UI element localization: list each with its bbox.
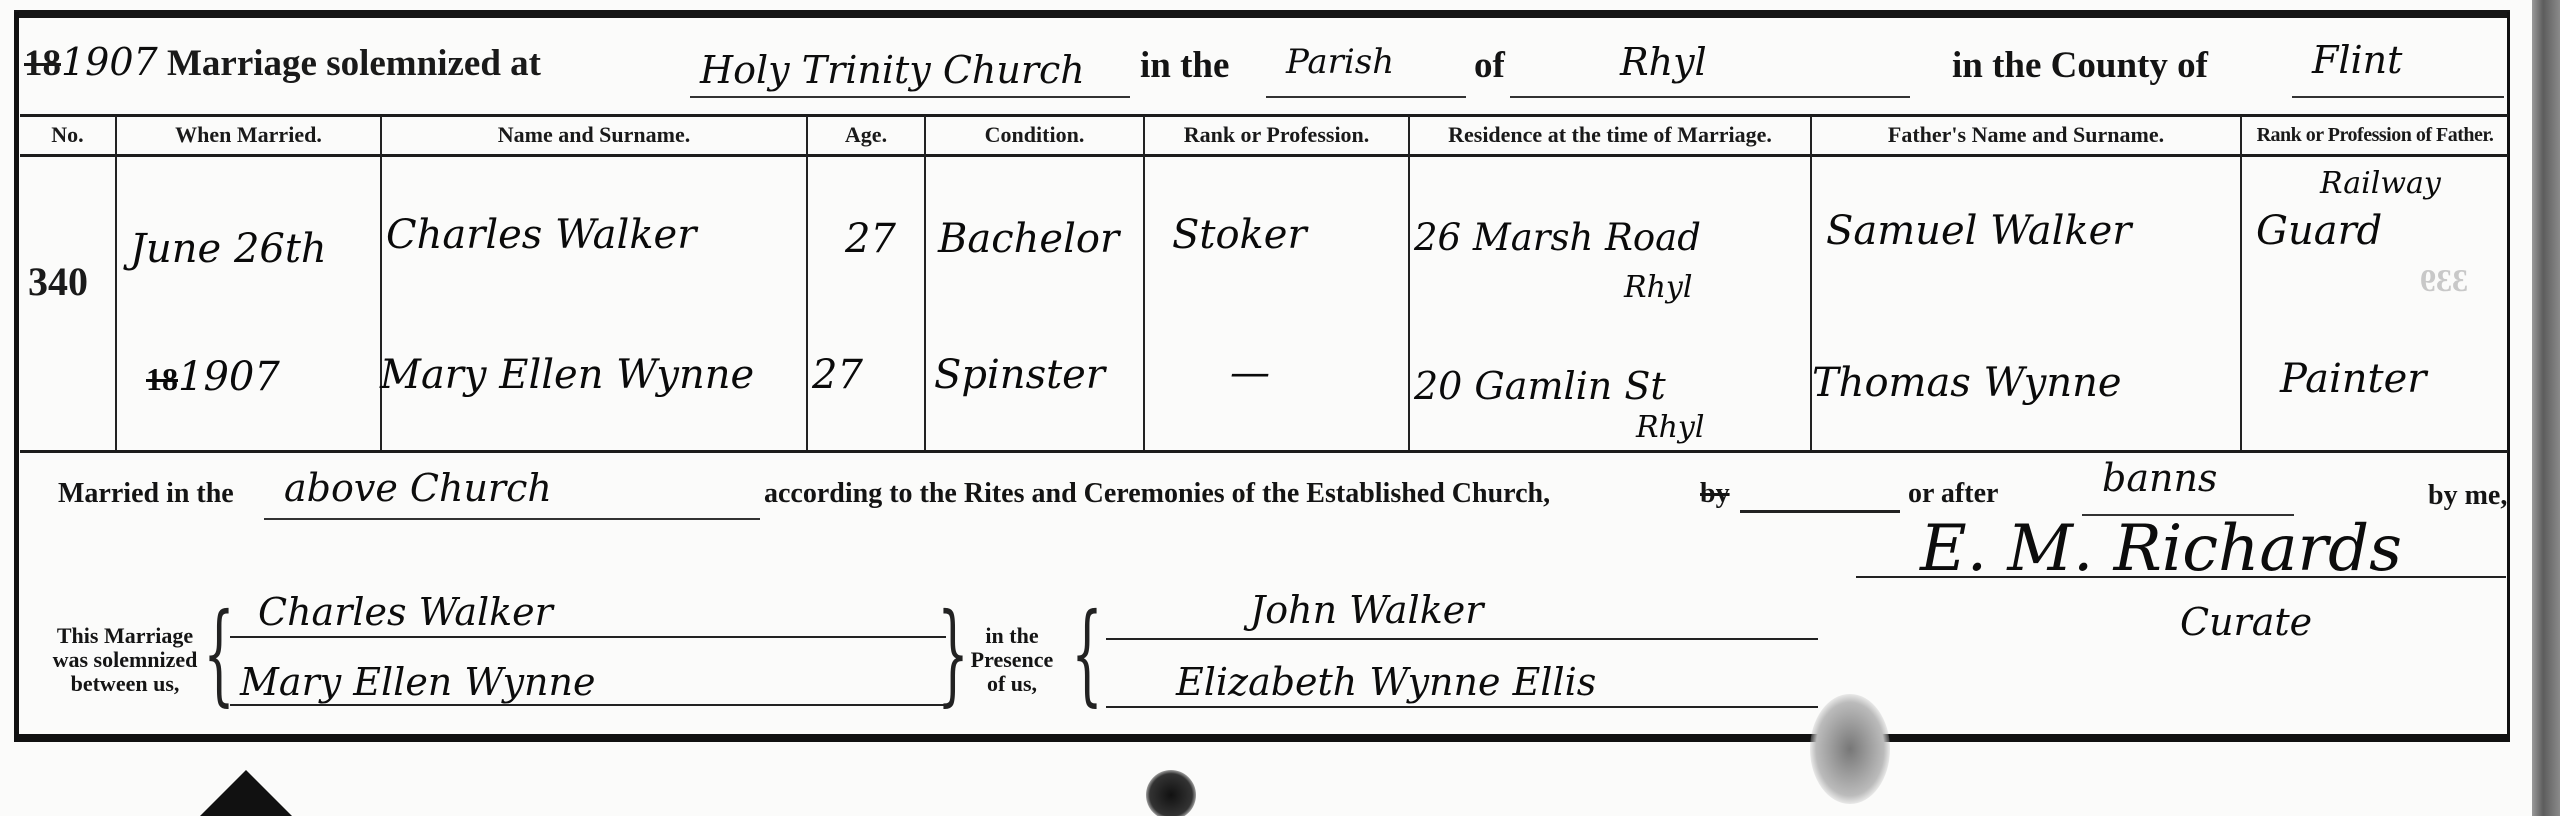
left-brace: { bbox=[1071, 598, 1103, 708]
witness-signature-line bbox=[1106, 638, 1818, 640]
bride-name: Mary Ellen Wynne bbox=[380, 352, 754, 398]
witness-signature-line bbox=[1106, 706, 1818, 708]
written-year: 1907 bbox=[61, 40, 158, 84]
parish-label: in the bbox=[1140, 44, 1229, 87]
corner-shadow bbox=[196, 770, 296, 816]
table-bottom-rule bbox=[20, 450, 2508, 453]
column-header-name: Name and Surname. bbox=[382, 118, 806, 152]
county-field: Flint bbox=[2292, 48, 2504, 98]
groom-father-profession-line1: Railway bbox=[2320, 166, 2441, 201]
parish-type-value: Parish bbox=[1286, 42, 1394, 82]
table-top-rule bbox=[20, 114, 2508, 117]
party-signature-bride: Mary Ellen Wynne bbox=[240, 660, 596, 704]
column-divider bbox=[1408, 116, 1410, 450]
bride-father-name: Thomas Wynne bbox=[1812, 360, 2122, 406]
solemnized-between-label: This Marriage was solemnized between us, bbox=[40, 624, 210, 696]
by-me-label: by me, bbox=[2428, 480, 2507, 512]
column-header-condition: Condition. bbox=[926, 118, 1143, 152]
printed-century: 18 bbox=[24, 43, 61, 84]
presence-label: in the Presence of us, bbox=[964, 624, 1060, 696]
struck-line bbox=[1740, 510, 1900, 513]
groom-name: Charles Walker bbox=[386, 212, 696, 258]
witness-signature-1: John Walker bbox=[1250, 588, 1483, 632]
bride-residence-line1: 20 Gamlin St bbox=[1414, 364, 1666, 408]
groom-father-name: Samuel Walker bbox=[1826, 208, 2131, 254]
marriage-year-printed: 18 bbox=[146, 361, 178, 397]
label-line: This Marriage bbox=[40, 624, 210, 648]
party-signature-groom: Charles Walker bbox=[258, 590, 553, 634]
ink-smudge bbox=[1810, 694, 1890, 804]
or-after-value: banns bbox=[2102, 456, 2217, 500]
rites-text: according to the Rites and Ceremonies of… bbox=[764, 478, 1550, 510]
groom-father-profession-line2: Guard bbox=[2256, 208, 2382, 254]
column-divider bbox=[924, 116, 926, 450]
column-divider bbox=[380, 116, 382, 450]
bride-age: 27 bbox=[812, 352, 863, 398]
groom-profession: Stoker bbox=[1172, 212, 1307, 258]
bride-father-profession: Painter bbox=[2280, 356, 2426, 402]
binding-hole bbox=[1146, 770, 1196, 816]
parish-type-field: Parish bbox=[1266, 48, 1466, 98]
label-line: in the bbox=[964, 624, 1060, 648]
groom-residence-line2: Rhyl bbox=[1624, 270, 1692, 305]
heading-prefix: Marriage solemnized at bbox=[167, 43, 541, 84]
column-header-father-name: Father's Name and Surname. bbox=[1812, 118, 2240, 152]
column-header-age: Age. bbox=[808, 118, 924, 152]
column-divider bbox=[2240, 116, 2242, 450]
party-signature-line bbox=[230, 636, 946, 638]
column-divider bbox=[1143, 116, 1145, 450]
by-struck: by bbox=[1700, 478, 1730, 510]
groom-condition: Bachelor bbox=[938, 216, 1119, 262]
bride-residence-line2: Rhyl bbox=[1636, 410, 1704, 445]
bleed-through-number: 339 bbox=[2420, 262, 2468, 299]
column-header-when-married: When Married. bbox=[117, 118, 380, 152]
witness-signature-2: Elizabeth Wynne Ellis bbox=[1176, 660, 1596, 704]
or-after-label: or after bbox=[1908, 478, 1998, 510]
column-header-no: No. bbox=[20, 118, 115, 152]
column-divider bbox=[806, 116, 808, 450]
place-value: Holy Trinity Church bbox=[700, 48, 1085, 92]
marriage-year-written: 1907 bbox=[178, 354, 280, 400]
groom-residence-line1: 26 Marsh Road bbox=[1414, 216, 1701, 259]
column-divider bbox=[115, 116, 117, 450]
groom-age: 27 bbox=[845, 216, 896, 262]
county-label: in the County of bbox=[1952, 44, 2208, 87]
officiant-signature: E. M. Richards bbox=[1920, 512, 2402, 586]
officiant-title: Curate bbox=[2180, 600, 2312, 644]
bride-condition: Spinster bbox=[934, 352, 1105, 398]
column-header-father-rank: Rank or Profession of Father. bbox=[2242, 118, 2508, 152]
marriage-year: 181907 bbox=[146, 354, 280, 400]
register-heading: 181907 Marriage solemnized at bbox=[24, 40, 541, 100]
entry-number: 340 bbox=[28, 258, 88, 305]
county-value: Flint bbox=[2312, 38, 2402, 82]
label-line: between us, bbox=[40, 672, 210, 696]
married-in-value: above Church bbox=[284, 466, 552, 510]
married-in-field: above Church bbox=[264, 470, 760, 520]
married-in-label: Married in the bbox=[58, 478, 234, 510]
marriage-date: June 26th bbox=[130, 226, 327, 272]
page-edge-shadow bbox=[2532, 0, 2560, 816]
column-header-rank: Rank or Profession. bbox=[1145, 118, 1408, 152]
label-line: of us, bbox=[964, 672, 1060, 696]
parish-name-field: Rhyl bbox=[1510, 48, 1910, 98]
column-header-residence: Residence at the time of Marriage. bbox=[1410, 118, 1810, 152]
party-signature-line bbox=[230, 704, 946, 706]
label-line: was solemnized bbox=[40, 648, 210, 672]
of-label: of bbox=[1474, 44, 1505, 87]
table-header-rule bbox=[20, 154, 2508, 157]
left-brace: { bbox=[203, 598, 235, 708]
bride-profession: — bbox=[1230, 350, 1270, 396]
or-after-field: banns bbox=[2082, 466, 2294, 516]
parish-name-value: Rhyl bbox=[1620, 40, 1707, 84]
place-field: Holy Trinity Church bbox=[690, 48, 1130, 98]
label-line: Presence bbox=[964, 648, 1060, 672]
